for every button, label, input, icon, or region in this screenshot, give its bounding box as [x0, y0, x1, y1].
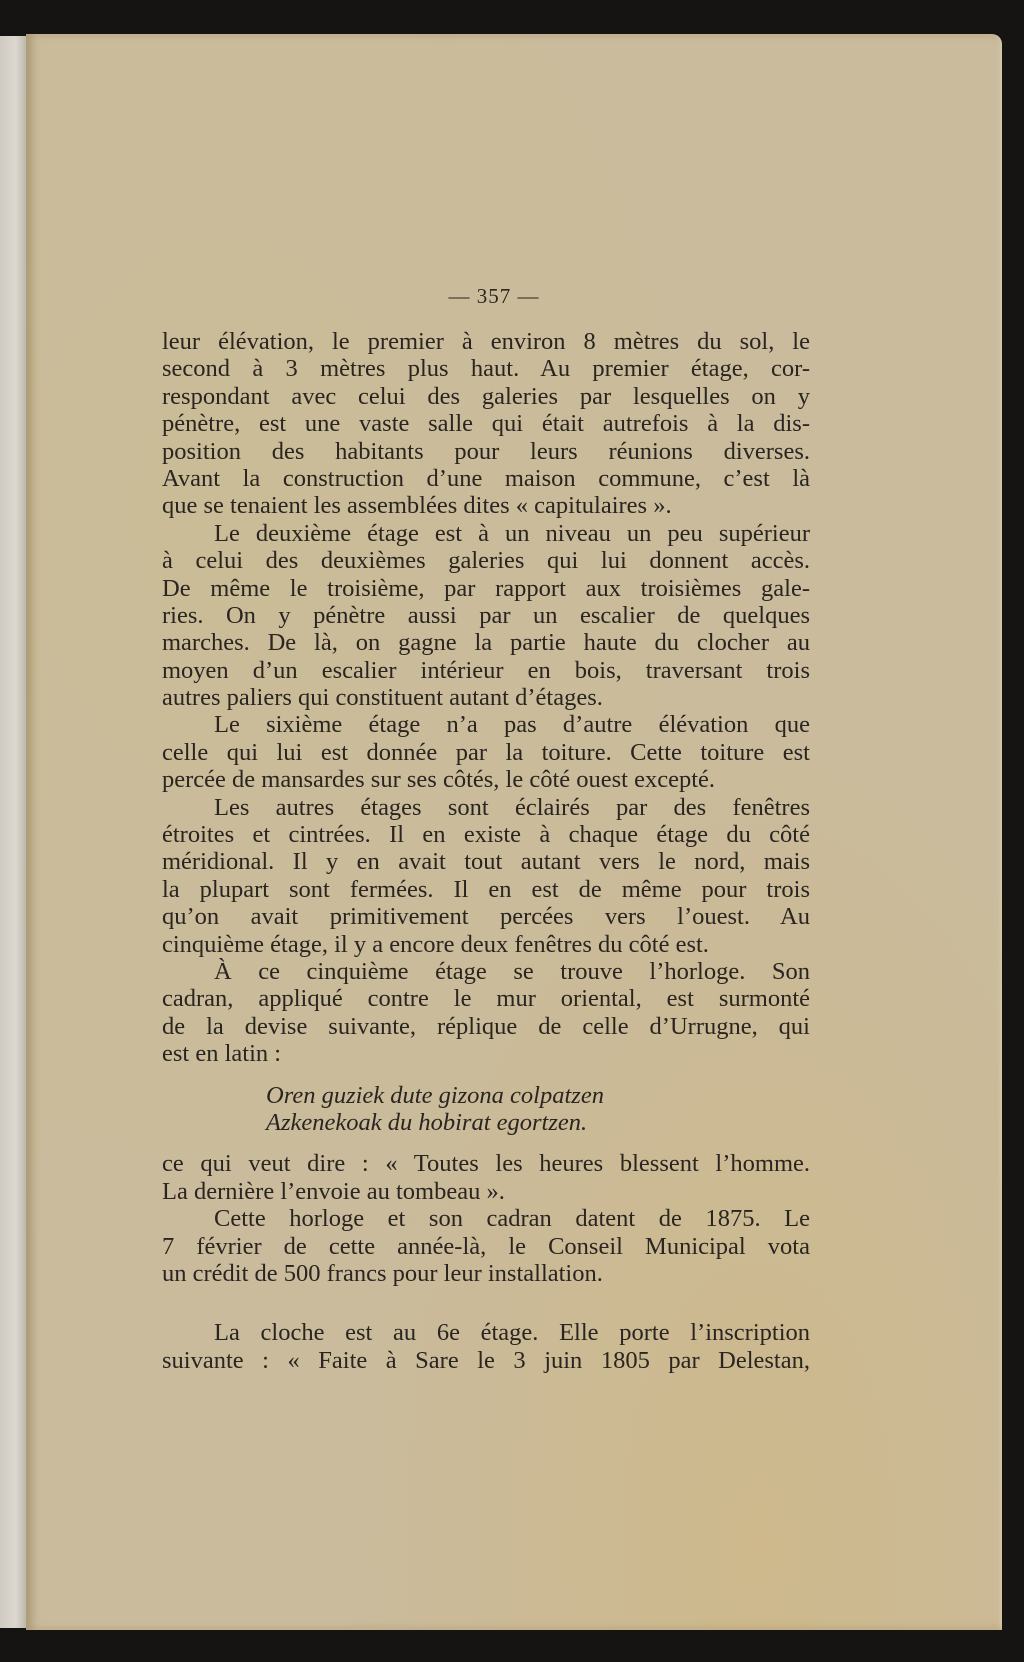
verse-line: Azkenekoak du hobirat egortzen. — [162, 1109, 810, 1136]
adjacent-page-edge — [0, 36, 26, 1628]
paragraph: À ce cinquième étage se trouve l’horloge… — [162, 958, 810, 1068]
verse-block: Oren guziek dute gizona colpatzen Azkene… — [162, 1082, 810, 1137]
page-number: — 357 — — [6, 284, 982, 309]
paragraph: Cette horloge et son cadran datent de 18… — [162, 1205, 810, 1287]
text-line: Les autres étages sont éclairés par des … — [162, 794, 810, 821]
text-line: la plupart sont fermées. Il en est de mê… — [162, 876, 810, 903]
spacer — [162, 1136, 810, 1150]
text-line: pénètre, est une vaste salle qui était a… — [162, 410, 810, 437]
text-line: De même le troisième, par rapport aux tr… — [162, 575, 810, 602]
text-line: à celui des deuxièmes galeries qui lui d… — [162, 547, 810, 574]
text-line: respondant avec celui des galeries par l… — [162, 383, 810, 410]
text-line: qu’on avait primitivement percées vers l… — [162, 903, 810, 930]
text-line: Le sixième étage n’a pas d’autre élévati… — [162, 711, 810, 738]
text-line: est en latin : — [162, 1040, 810, 1067]
text-line: position des habitants pour leurs réunio… — [162, 438, 810, 465]
spacer — [162, 1287, 810, 1319]
text-line: étroites et cintrées. Il en existe à cha… — [162, 821, 810, 848]
text-line: marches. De là, on gagne la partie haute… — [162, 629, 810, 656]
text-line: autres paliers qui constituent autant d’… — [162, 684, 810, 711]
text-line: 7 février de cette année-là, le Conseil … — [162, 1233, 810, 1260]
text-line: suivante : « Faite à Sare le 3 juin 1805… — [162, 1347, 810, 1374]
text-line: cinquième étage, il y a encore deux fenê… — [162, 931, 810, 958]
text-line: Le deuxième étage est à un niveau un peu… — [162, 520, 810, 547]
text-line: de la devise suivante, réplique de celle… — [162, 1013, 810, 1040]
text-line: second à 3 mètres plus haut. Au premier … — [162, 355, 810, 382]
book-page: — 357 — leur élévation, le premier à env… — [26, 34, 1002, 1630]
text-line: Avant la construction d’une maison commu… — [162, 465, 810, 492]
text-line: celle qui lui est donnée par la toiture.… — [162, 739, 810, 766]
paragraph: Les autres étages sont éclairés par des … — [162, 794, 810, 958]
text-line: À ce cinquième étage se trouve l’horloge… — [162, 958, 810, 985]
paragraph: La cloche est au 6e étage. Elle porte l’… — [162, 1319, 810, 1374]
body-text: leur élévation, le premier à environ 8 m… — [162, 328, 810, 1374]
paragraph: Le sixième étage n’a pas d’autre élévati… — [162, 711, 810, 793]
paragraph: ce qui veut dire : « Toutes les heures b… — [162, 1150, 810, 1205]
text-line: leur élévation, le premier à environ 8 m… — [162, 328, 810, 355]
spacer — [162, 1068, 810, 1082]
verse-line: Oren guziek dute gizona colpatzen — [162, 1082, 810, 1109]
text-line: La dernière l’envoie au tombeau ». — [162, 1178, 810, 1205]
paragraph: leur élévation, le premier à environ 8 m… — [162, 328, 810, 520]
text-line: cadran, appliqué contre le mur oriental,… — [162, 985, 810, 1012]
text-line: que se tenaient les assemblées dites « c… — [162, 492, 810, 519]
text-line: ce qui veut dire : « Toutes les heures b… — [162, 1150, 810, 1177]
text-line: ries. On y pénètre aussi par un escalier… — [162, 602, 810, 629]
text-line: un crédit de 500 francs pour leur instal… — [162, 1260, 810, 1287]
paragraph: Le deuxième étage est à un niveau un peu… — [162, 520, 810, 712]
text-line: méridional. Il y en avait tout autant ve… — [162, 848, 810, 875]
text-line: percée de mansardes sur ses côtés, le cô… — [162, 766, 810, 793]
text-line: La cloche est au 6e étage. Elle porte l’… — [162, 1319, 810, 1346]
text-line: Cette horloge et son cadran datent de 18… — [162, 1205, 810, 1232]
text-line: moyen d’un escalier intérieur en bois, t… — [162, 657, 810, 684]
